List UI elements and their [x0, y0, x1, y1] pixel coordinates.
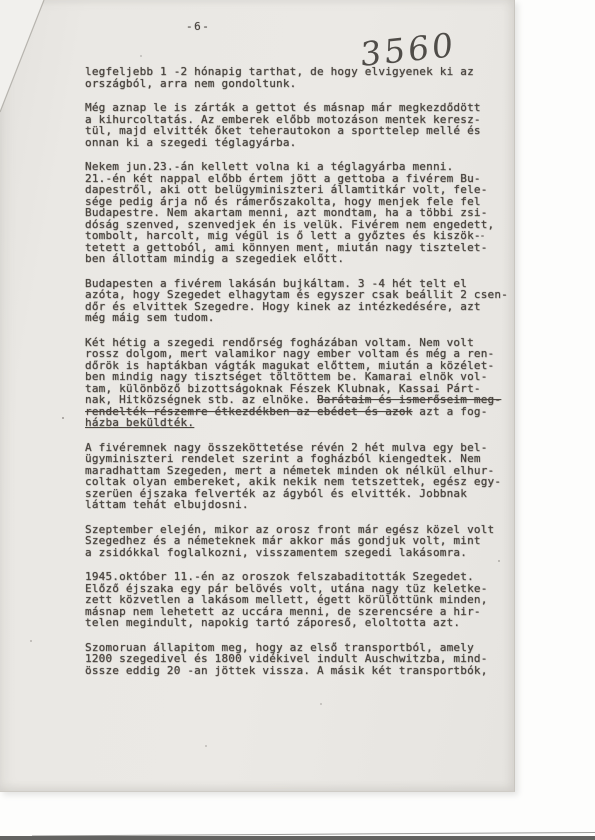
paragraph-2: Még aznap le is zárták a gettot és másna…: [85, 102, 525, 148]
paragraph-5-underlined-text: házba beküldték.: [85, 416, 194, 429]
paper-speck: [30, 640, 32, 642]
paragraph-3: Nekem jun.23.-án kellett volna ki a tégl…: [85, 161, 525, 265]
scanned-document-page: -6- 3560 legfeljebb 1 -2 hónapig tarthat…: [0, 0, 595, 840]
paragraph-8: 1945.október 11.-én az oroszok felszabad…: [85, 571, 525, 629]
paragraph-9: Szomoruan állapitom meg, hogy az első tr…: [85, 642, 525, 677]
paragraph-5-mid-text: azt a fog-: [412, 405, 487, 418]
scan-edge-bar: [0, 836, 595, 840]
page-number: -6-: [186, 20, 210, 33]
corner-fold-crease: [0, 0, 60, 120]
paper-speck: [62, 417, 64, 419]
paper-speck: [430, 300, 432, 302]
paragraph-5: Két hétig a szegedi rendőrség fogházában…: [85, 337, 525, 429]
paper-sheet: -6- 3560 legfeljebb 1 -2 hónapig tarthat…: [0, 0, 515, 792]
paragraph-4: Budapesten a fivérem lakásán bujkáltam. …: [85, 278, 525, 324]
paragraph-6: A fivéremnek nagy összeköttetése révén 2…: [85, 442, 525, 511]
paper-speck: [481, 235, 484, 237]
typewritten-text-block: legfeljebb 1 -2 hónapig tarthat, de hogy…: [85, 66, 525, 689]
paper-speck: [498, 560, 500, 562]
paper-speck: [320, 703, 322, 705]
paragraph-1: legfeljebb 1 -2 hónapig tarthat, de hogy…: [85, 66, 525, 89]
paper-speck: [140, 55, 142, 57]
paragraph-7: Szeptember elején, mikor az orosz front …: [85, 524, 525, 559]
paper-speck: [205, 745, 207, 747]
